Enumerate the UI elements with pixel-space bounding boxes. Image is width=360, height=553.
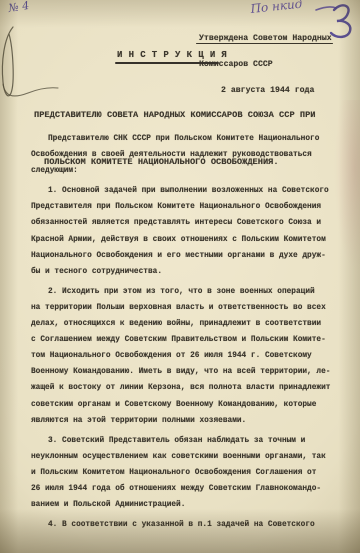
body-line: Национального Освобождения и его местным… — [31, 248, 336, 264]
body-line: бы и тесного сотрудничества. — [31, 264, 336, 280]
body-line: 4. В соответствии с указанной в п.1 зада… — [31, 517, 336, 533]
body-line: Военному Командованию. Иметь в виду, что… — [31, 364, 336, 380]
page-number-annotation: № 4 — [6, 0, 30, 15]
body-line: ванием и Польской Администрацией. — [31, 497, 336, 513]
paper-smudge — [334, 100, 360, 270]
document-title-underline — [115, 62, 219, 64]
file-number-stroke — [331, 5, 350, 37]
body-line: 1. Основной задачей при выполнении возло… — [31, 183, 336, 199]
body-line: следующим: — [31, 163, 336, 179]
body-line: неуклонным осуществлением как советскими… — [31, 449, 336, 465]
body-line: являются на этой территории полными хозя… — [31, 413, 336, 429]
body-line: на территории Польши верховная власть и … — [31, 300, 336, 316]
body-line: и Польским Комитетом Национального Освоб… — [31, 465, 336, 481]
body-line: делах, относящихся к ведению войны, прин… — [31, 316, 336, 332]
margin-pencil-loop — [2, 27, 13, 96]
addressee-line-1: ПРЕДСТАВИТЕЛЮ СОВЕТА НАРОДНЫХ КОМИССАРОВ… — [34, 108, 316, 124]
body-line: 3. Советский Представитель обязан наблюд… — [31, 433, 336, 449]
routing-flourish-stroke — [316, 7, 336, 10]
body-line: Представителя при Польском Комитете Наци… — [31, 199, 336, 215]
routing-annotation: По нкид — [249, 0, 303, 16]
body-line: 26 июля 1944 года об отношениях между Со… — [31, 481, 336, 497]
document-page: Утверждена Советом Народных Комиссаров С… — [0, 0, 360, 553]
body-line: том Национального Освобождения от 26 июл… — [31, 348, 336, 364]
document-body: Представителю СНК СССР при Польском Коми… — [31, 131, 336, 533]
body-line: Красной Армии, действуя в своих отношени… — [31, 232, 336, 248]
body-line: с Соглашением между Советским Правительс… — [31, 332, 336, 348]
document-title: И Н С Т Р У К Ц И Я — [117, 50, 227, 60]
approval-date-underline — [196, 43, 333, 45]
body-line: жащей к востоку от линии Керзона, вся по… — [31, 380, 336, 396]
body-line: Освобождения в своей деятельности надлеж… — [31, 147, 336, 163]
body-line: советским органам и Советскому Военному … — [31, 397, 336, 413]
body-line: Представителю СНК СССР при Польском Коми… — [31, 131, 336, 147]
body-line: 2. Исходить при этом из того, что в зоне… — [31, 284, 336, 300]
body-line: обязанностей является представлять интер… — [31, 215, 336, 231]
